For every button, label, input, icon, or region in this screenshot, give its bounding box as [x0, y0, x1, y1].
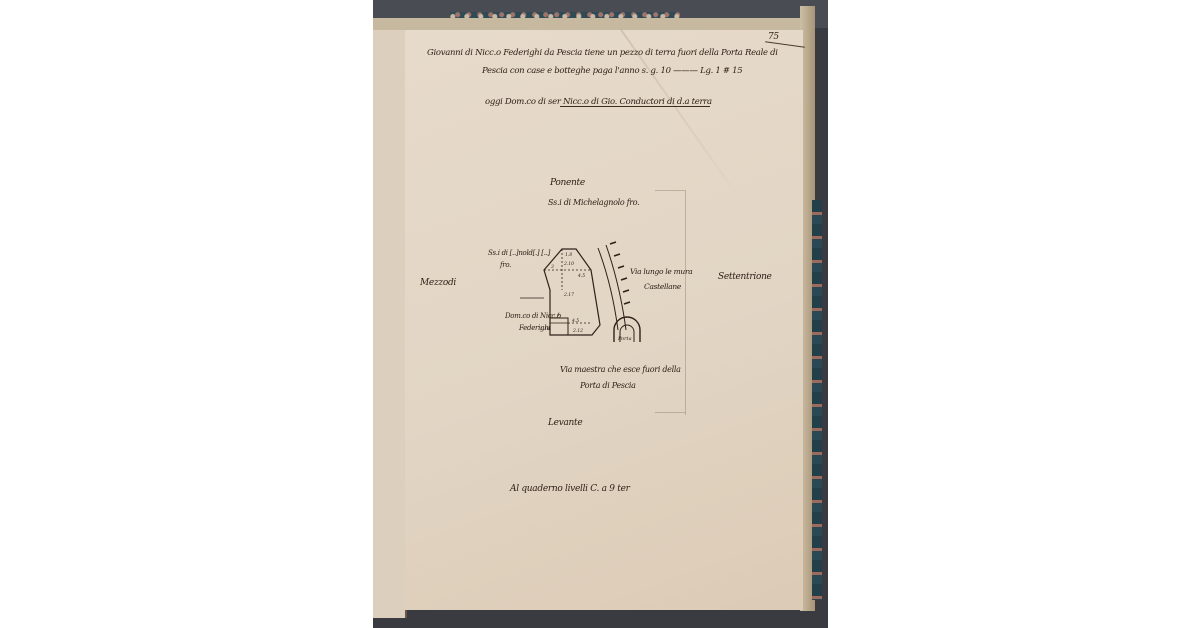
compass-south-label: Settentrione — [718, 272, 772, 282]
measure: 4 — [556, 312, 560, 318]
bleed-through-line — [655, 190, 685, 191]
endpaper-edge — [373, 18, 803, 30]
bleed-through-line — [655, 412, 685, 413]
measure: 2.10 — [563, 261, 574, 267]
measure: 2.12 — [572, 328, 583, 334]
measure: 4.5 — [571, 318, 579, 324]
marbled-cover-edge — [812, 200, 822, 600]
measure: 1.8 — [565, 252, 572, 258]
header-line-2: Pescia con case e botteghe paga l'anno s… — [482, 66, 742, 76]
folio-number: 75 — [768, 32, 779, 42]
map-label-bottom: Via maestra che esce fuori della Porta d… — [560, 362, 681, 394]
measure: 4.5 — [577, 273, 585, 279]
measure: 1.14 — [540, 326, 550, 332]
label-line: Porta di Pescia — [560, 378, 681, 394]
compass-east-label: Levante — [548, 418, 582, 428]
compass-west-label: Ponente — [550, 178, 585, 188]
compass-north-label: Mezzodi — [420, 278, 456, 288]
measure: 2.17 — [563, 292, 574, 298]
header-underline — [560, 106, 710, 107]
gate-label: Porta — [617, 336, 632, 342]
parcel-sketch: 1.8 2.10 4.5 3 2.17 4.5 2.12 1.14 4 Port… — [520, 230, 640, 350]
map-label-top: Ss.i di Michelagnolo fro. — [548, 198, 639, 207]
left-page-margin — [373, 30, 407, 618]
bleed-through-line — [685, 190, 686, 415]
label-line: Via maestra che esce fuori della — [560, 362, 681, 378]
header-line-1: Giovanni di Nicc.o Federighi da Pescia t… — [427, 48, 778, 58]
footer-reference: Al quaderno livelli C. a 9 ter — [510, 484, 630, 494]
measure: 3 — [551, 264, 554, 270]
